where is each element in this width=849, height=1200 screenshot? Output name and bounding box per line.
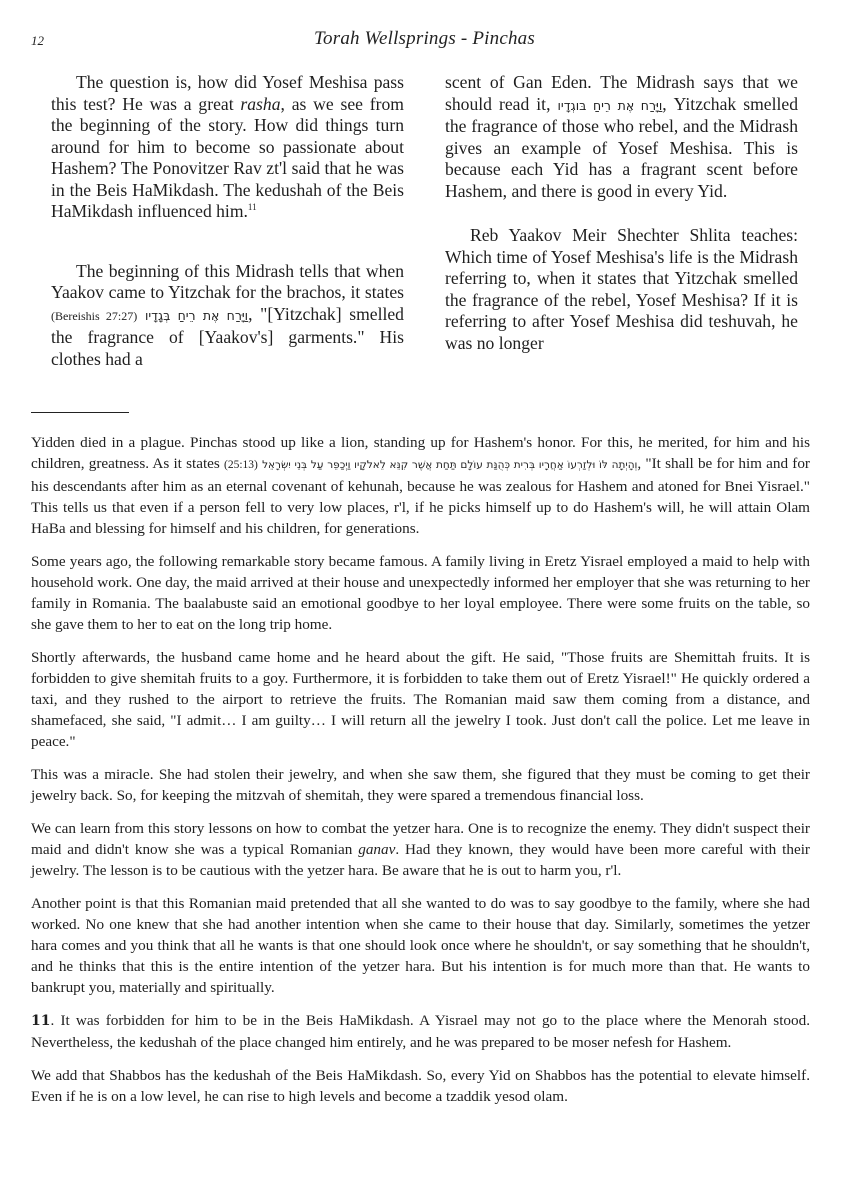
footnote-text: . It was forbidden for him to be in the …	[31, 1012, 810, 1051]
hebrew-quote: וַיָּרַח אֶת רֵיחַ בּוגְדָיו	[558, 98, 663, 113]
left-column: The question is, how did Yosef Meshisa p…	[51, 72, 404, 393]
hebrew-quote: וְהָיְתָה לּוֹ וּלְזַרְעוֹ אַחֲרָיו בְּר…	[262, 459, 637, 471]
main-text-columns: The question is, how did Yosef Meshisa p…	[51, 72, 808, 392]
footnote-paragraph: Another point is that this Romanian maid…	[31, 893, 810, 998]
paragraph: The beginning of this Midrash tells that…	[51, 261, 404, 371]
source-citation: (25:13)	[224, 459, 258, 471]
footnote-paragraph: This was a miracle. She had stolen their…	[31, 764, 810, 806]
hebrew-quote: וַיָּרַח אֶת רֵיחַ בְּגָדָיו	[145, 308, 248, 323]
footnote-number: 11	[31, 1013, 50, 1029]
page-header: 12 Torah Wellsprings - Pinchas	[0, 28, 849, 52]
italic-term: ganav	[358, 841, 395, 858]
paragraph: scent of Gan Eden. The Midrash says that…	[445, 72, 798, 202]
footnote-paragraph: Yidden died in a plague. Pinchas stood u…	[31, 432, 810, 539]
footnote-paragraph: Some years ago, the following remarkable…	[31, 551, 810, 635]
footnote-paragraph: We can learn from this story lessons on …	[31, 818, 810, 881]
footnote-11: 11. It was forbidden for him to be in th…	[31, 1010, 810, 1053]
footnotes-section: Yidden died in a plague. Pinchas stood u…	[31, 432, 810, 1119]
paragraph-text: The beginning of this Midrash tells that…	[51, 261, 404, 303]
italic-term: rasha	[240, 94, 280, 114]
paragraph-text: Reb Yaakov Meir Shechter Shlita teaches:…	[445, 225, 798, 353]
footnote-paragraph: We add that Shabbos has the kedushah of …	[31, 1065, 810, 1107]
source-citation: (Bereishis 27:27)	[51, 309, 137, 323]
running-title: Torah Wellsprings - Pinchas	[0, 28, 849, 50]
paragraph: The question is, how did Yosef Meshisa p…	[51, 72, 404, 223]
footnote-reference[interactable]: 11	[248, 202, 257, 212]
paragraph: Reb Yaakov Meir Shechter Shlita teaches:…	[445, 225, 798, 354]
right-column: scent of Gan Eden. The Midrash says that…	[445, 72, 798, 377]
footnote-separator	[31, 412, 129, 413]
footnote-paragraph: Shortly afterwards, the husband came hom…	[31, 647, 810, 752]
